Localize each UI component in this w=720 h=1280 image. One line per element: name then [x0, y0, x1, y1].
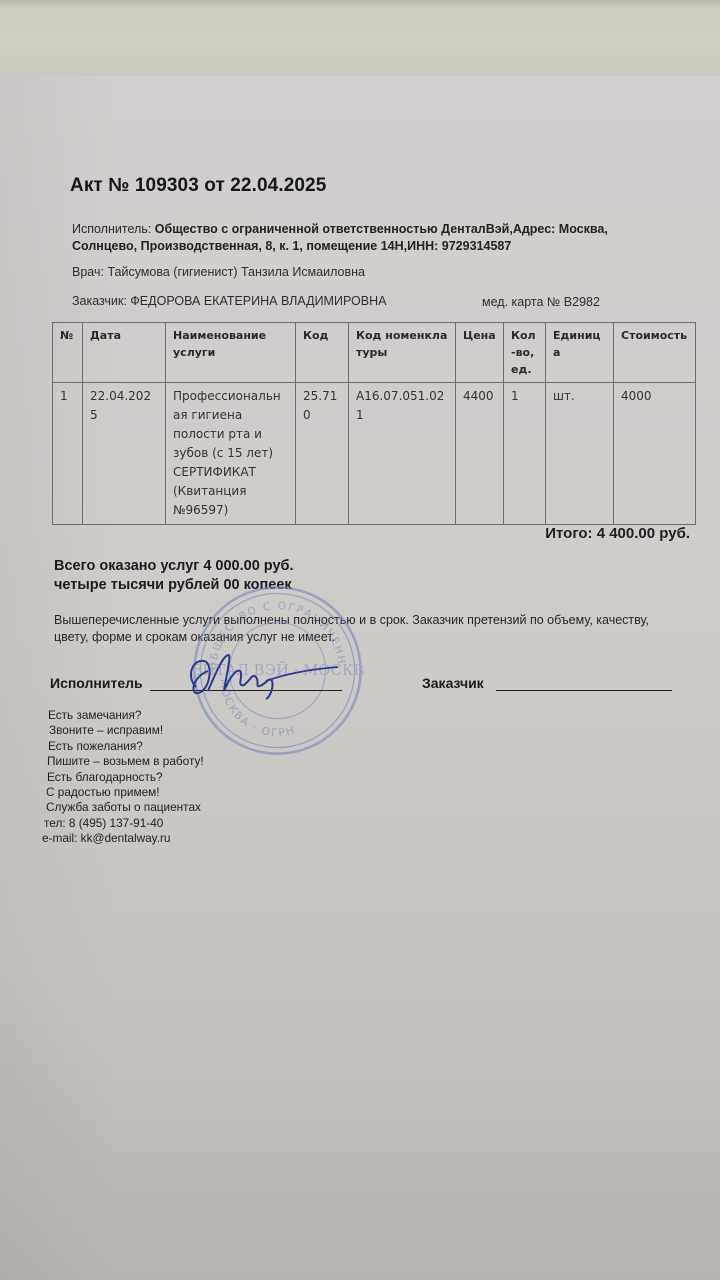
care-line: Есть пожелания?	[44, 739, 204, 754]
cell-cost: 4000	[614, 383, 696, 525]
act-title: Акт № 109303 от 22.04.2025	[70, 175, 326, 197]
handwritten-signature-icon	[178, 647, 348, 707]
col-header-name: Наименование услуги	[166, 323, 296, 383]
doctor-line: Врач: Тайсумова (гигиенист) Танзила Исма…	[72, 265, 365, 279]
col-header-nomenclature: Код номенклатуры	[349, 323, 456, 383]
care-line: Есть благодарность?	[44, 770, 204, 785]
total-amount: Итого: 4 400.00 руб.	[545, 525, 690, 542]
care-line: Пишите – возьмем в работу!	[44, 754, 204, 769]
services-table: № Дата Наименование услуги Код Код номен…	[52, 322, 696, 525]
customer-signature-label: Заказчик	[422, 675, 484, 691]
cell-num: 1	[53, 383, 83, 525]
executor-label: Исполнитель:	[72, 222, 151, 236]
executor-info: Исполнитель: Общество с ограниченной отв…	[72, 221, 657, 255]
col-header-code: Код	[296, 323, 349, 383]
doctor-name: Тайсумова (гигиенист) Танзила Исмаиловна	[107, 265, 365, 279]
customer-signature-line	[496, 690, 672, 691]
cell-unit: шт.	[546, 383, 614, 525]
table-header-row: № Дата Наименование услуги Код Код номен…	[53, 323, 696, 383]
customer-name: ФЕДОРОВА ЕКАТЕРИНА ВЛАДИМИРОВНА	[130, 294, 386, 308]
cell-price: 4400	[456, 383, 504, 525]
med-card-number: мед. карта № В2982	[482, 295, 600, 309]
services-total: Всего оказано услуг 4 000.00 руб.	[54, 557, 294, 576]
care-email: e-mail: kk@dentalway.ru	[42, 831, 204, 846]
care-line: Служба заботы о пациентах	[44, 800, 204, 815]
table-row: 1 22.04.2025 Профессиональная гигиена по…	[53, 383, 696, 525]
col-header-cost: Стоимость	[614, 323, 696, 383]
care-line: Звоните – исправим!	[44, 723, 204, 738]
cell-nomenclature-code: А16.07.051.021	[349, 383, 456, 525]
customer-line: Заказчик: ФЕДОРОВА ЕКАТЕРИНА ВЛАДИМИРОВН…	[72, 294, 386, 308]
col-header-date: Дата	[83, 323, 166, 383]
cell-date: 22.04.2025	[83, 383, 166, 525]
col-header-qty: Кол-во, ед.	[504, 323, 546, 383]
col-header-unit: Единица	[546, 323, 614, 383]
executor-text: Общество с ограниченной ответственностью…	[72, 222, 608, 253]
care-line: С радостью примем!	[44, 785, 204, 800]
customer-label: Заказчик:	[72, 294, 127, 308]
desk-surface	[0, 0, 720, 80]
doctor-label: Врач:	[72, 265, 104, 279]
care-line: Есть замечания?	[44, 708, 204, 723]
executor-signature-label: Исполнитель	[50, 675, 143, 691]
cell-qty: 1	[504, 383, 546, 525]
cell-code: 25.710	[296, 383, 349, 525]
col-header-num: №	[53, 323, 83, 383]
col-header-price: Цена	[456, 323, 504, 383]
patient-care-block: Есть замечания? Звоните – исправим! Есть…	[44, 708, 204, 847]
care-phone: тел: 8 (495) 137-91-40	[44, 816, 204, 831]
cell-service-name: Профессиональная гигиена полости рта и з…	[166, 383, 296, 525]
